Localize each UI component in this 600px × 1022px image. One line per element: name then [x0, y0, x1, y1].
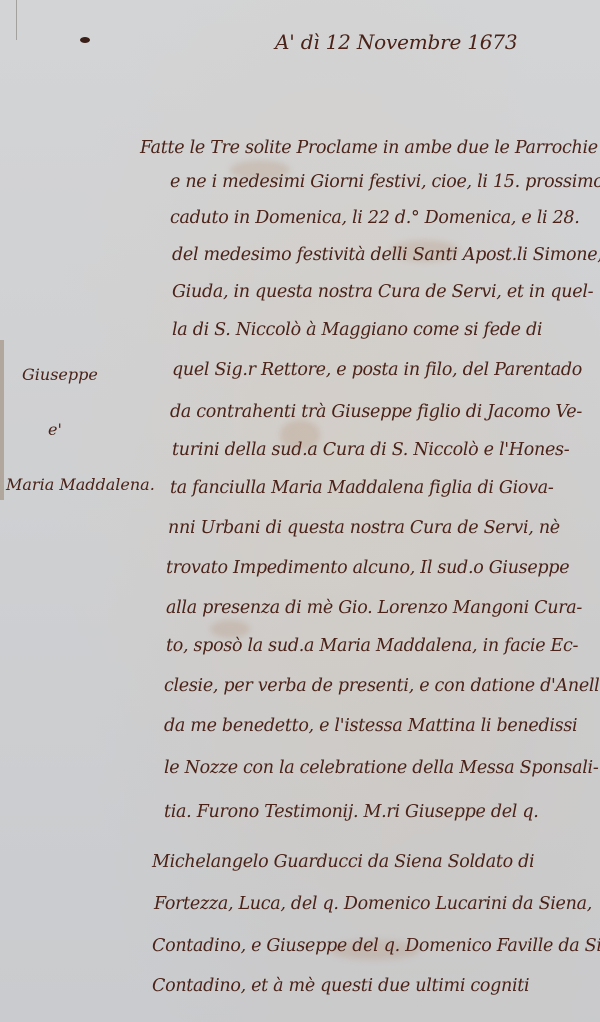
record-line: da contrahenti trà Giuseppe figlio di Ja… [170, 402, 582, 422]
date-heading: A' dì 12 Novembre 1673 [275, 30, 517, 54]
record-line: ta fanciulla Maria Maddalena figlia di G… [170, 478, 553, 498]
record-line: le Nozze con la celebratione della Messa… [164, 758, 598, 778]
page-edge-line [16, 0, 17, 40]
record-line: Contadino, et à mè questi due ultimi cog… [152, 976, 529, 996]
record-line: da me benedetto, e l'istessa Mattina li … [164, 716, 577, 736]
record-line: Giuda, in questa nostra Cura de Servi, e… [172, 282, 593, 302]
margin-groom-name: Giuseppe [22, 365, 98, 384]
record-line: del medesimo festività delli Santi Apost… [172, 245, 600, 265]
record-line: quel Sig.r Rettore, e posta in filo, del… [172, 360, 582, 380]
record-line: caduto in Domenica, li 22 d.° Domenica, … [170, 208, 580, 228]
record-line: clesie, per verba de presenti, e con dat… [164, 676, 600, 696]
record-line: trovato Impedimento alcuno, Il sud.o Giu… [166, 558, 569, 578]
record-line: alla presenza di mè Gio. Lorenzo Mangoni… [166, 598, 582, 618]
record-line: Fatte le Tre solite Proclame in ambe due… [140, 138, 598, 158]
record-line: Contadino, e Giuseppe del q. Domenico Fa… [152, 936, 600, 956]
binding-edge [0, 340, 4, 500]
record-line: Michelangelo Guarducci da Siena Soldato … [152, 852, 534, 872]
record-line: tia. Furono Testimonij. M.ri Giuseppe de… [164, 802, 539, 822]
ink-blot [80, 37, 90, 43]
record-line: e ne i medesimi Giorni festivi, cioe, li… [170, 172, 600, 192]
record-line: la di S. Niccolò à Maggiano come si fede… [172, 320, 542, 340]
margin-bride-name: Maria Maddalena. [6, 475, 155, 494]
manuscript-page: A' dì 12 Novembre 1673 Giuseppe e' Maria… [0, 0, 600, 1022]
record-line: Fortezza, Luca, del q. Domenico Lucarini… [154, 894, 592, 914]
record-line: nni Urbani di questa nostra Cura de Serv… [168, 518, 560, 538]
margin-conjunction: e' [48, 420, 62, 439]
record-line: turini della sud.a Cura di S. Niccolò e … [172, 440, 569, 460]
record-line: to, sposò la sud.a Maria Maddalena, in f… [166, 636, 578, 656]
